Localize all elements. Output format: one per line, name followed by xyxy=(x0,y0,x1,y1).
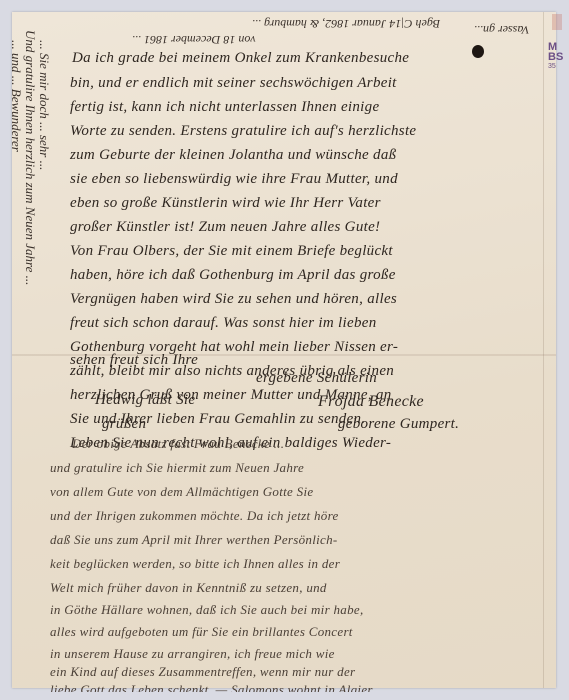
second-hand-line: alles wird aufgeboten um für Sie ein bri… xyxy=(50,624,353,640)
margin-note-vertical: ... und ... Bewunderer xyxy=(8,40,24,152)
second-hand-line: Welt mich früher davon in Kenntniß zu se… xyxy=(50,580,327,596)
signature-name: Fröjda Benecke xyxy=(318,393,424,411)
second-hand-line: von allem Gute von dem Allmächtigen Gott… xyxy=(50,484,313,500)
second-hand-line: ein Kind auf dieses Zusammentreffen, wen… xyxy=(50,664,355,680)
stamp-line-3: 35 xyxy=(548,62,569,72)
second-hand-line: und gratulire ich Sie hiermit zum Neuen … xyxy=(50,460,304,476)
margin-note-vertical: ... Sie mir doch ... sehr ... xyxy=(36,40,52,170)
second-hand-line: keit beglücken werden, so bitte ich Ihne… xyxy=(50,556,340,572)
letter-line: sehen freut sich Ihre xyxy=(70,352,198,369)
postscript-left-1: Hedwig läßt Sie xyxy=(95,392,195,409)
second-hand-line: in unserem Hause zu arrangiren, ich freu… xyxy=(50,646,335,662)
lower-half-layer: sehen freut sich Ihre ergebene Schülerin… xyxy=(0,0,569,700)
second-hand-line: liebe Gott das Leben schenkt. — Salomons… xyxy=(50,682,373,698)
postscript-left-2: grüßen xyxy=(102,416,146,433)
archive-stamp: M BS 35 xyxy=(548,42,569,72)
closing: ergebene Schülerin xyxy=(256,370,377,387)
second-hand-line: Der obige Absatz fast Frau Benecke ... xyxy=(72,436,284,452)
second-hand-line: und der Ihrigen zukommen möchte. Da ich … xyxy=(50,508,339,524)
archive-stamp-red-mark xyxy=(552,14,562,30)
stamp-line-2: BS xyxy=(548,52,569,62)
second-hand-line: in Göthe Hällare wohnen, daß ich Sie auc… xyxy=(50,602,364,618)
signature-maiden: geborene Gumpert. xyxy=(338,416,459,433)
second-hand-line: daß Sie uns zum April mit Ihrer werthen … xyxy=(50,532,338,548)
